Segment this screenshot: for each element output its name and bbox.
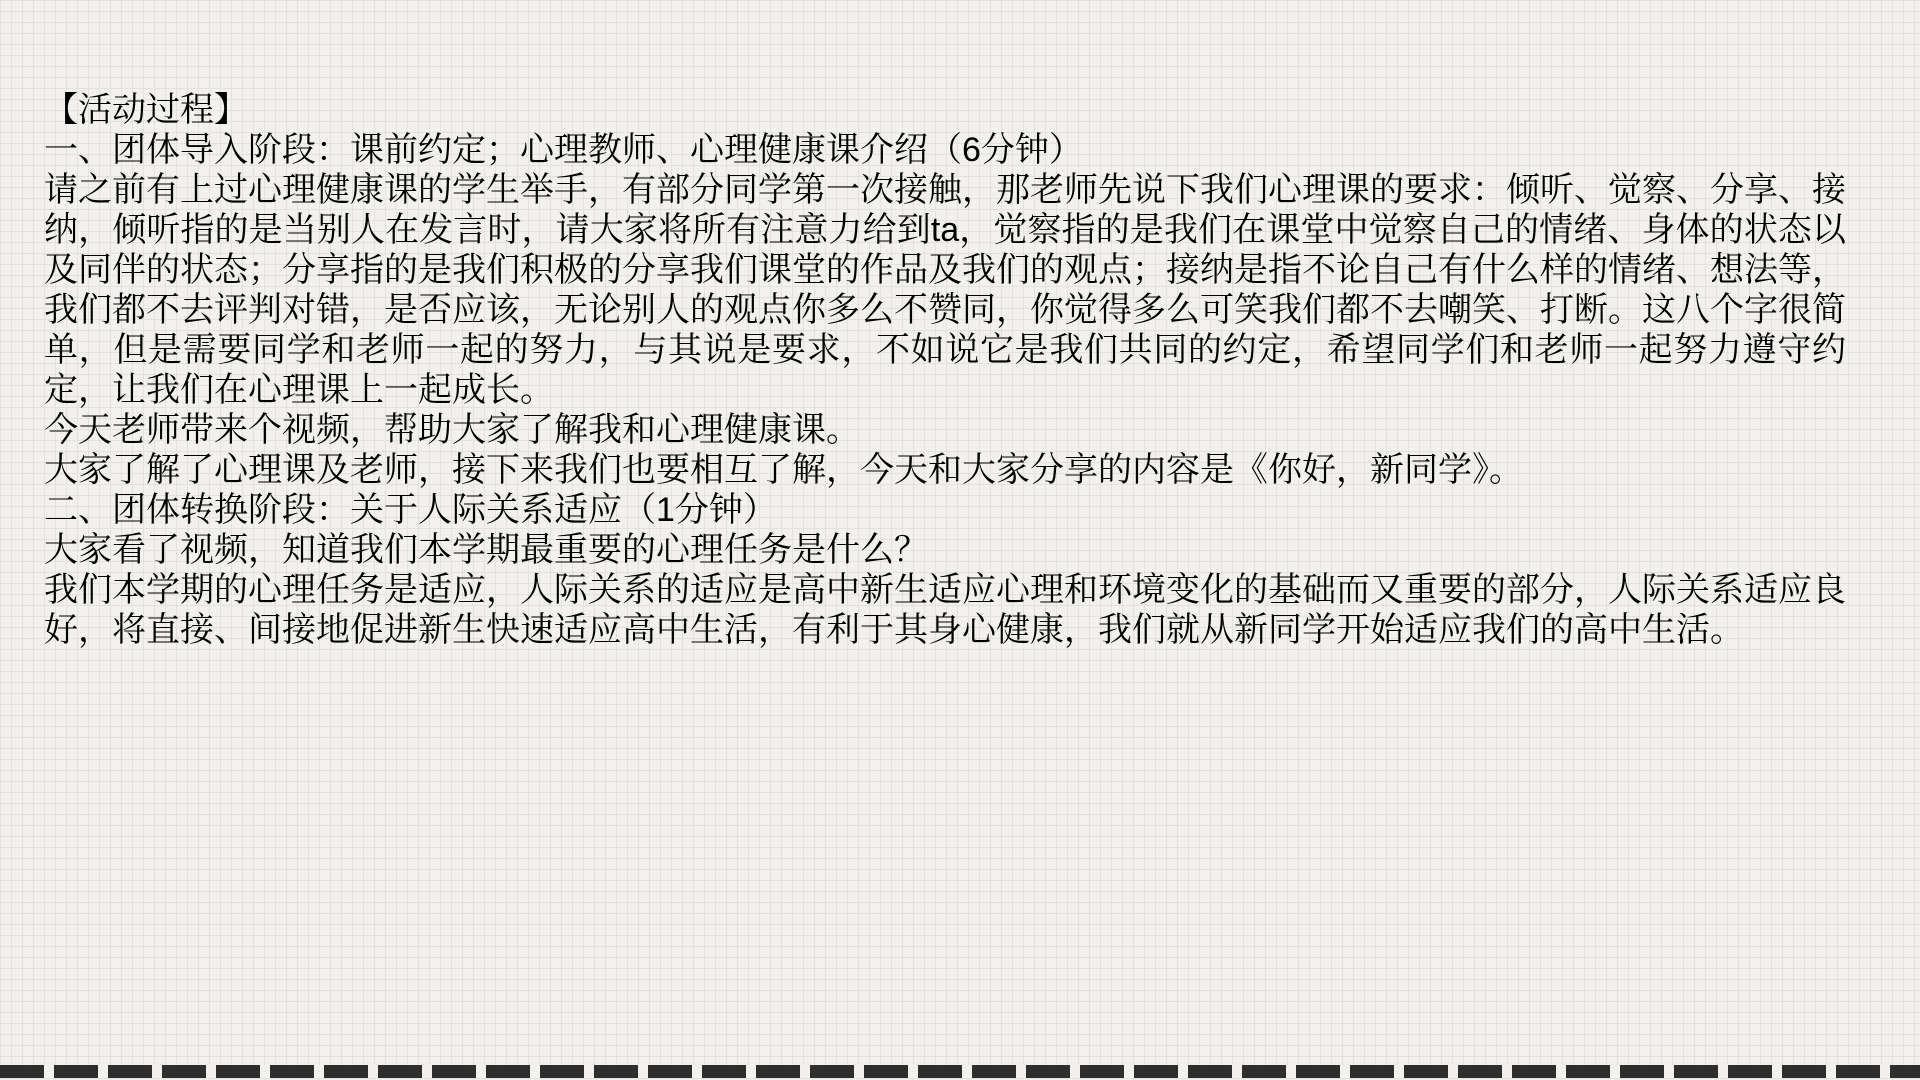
video-intro-line: 今天老师带来个视频，帮助大家了解我和心理健康课。: [44, 410, 1846, 450]
sharing-topic-line: 大家了解了心理课及老师，接下来我们也要相互了解，今天和大家分享的内容是《你好，新…: [44, 450, 1846, 490]
lesson-plan-page: 【活动过程】 一、团体导入阶段：课前约定；心理教师、心理健康课介绍（6分钟） 请…: [0, 0, 1920, 1080]
lesson-plan-text: 【活动过程】 一、团体导入阶段：课前约定；心理教师、心理健康课介绍（6分钟） 请…: [44, 90, 1846, 650]
stage-1-heading: 一、团体导入阶段：课前约定；心理教师、心理健康课介绍（6分钟）: [44, 130, 1846, 170]
section-header: 【活动过程】: [44, 90, 1846, 130]
stage-1-script: 请之前有上过心理健康课的学生举手，有部分同学第一次接触，那老师先说下我们心理课的…: [44, 170, 1846, 410]
page-bottom-dashed-edge: [0, 1065, 1920, 1078]
stage-2-heading: 二、团体转换阶段：关于人际关系适应（1分钟）: [44, 490, 1846, 530]
stage-2-script: 我们本学期的心理任务是适应，人际关系的适应是高中新生适应心理和环境变化的基础而又…: [44, 570, 1846, 650]
stage-2-question: 大家看了视频，知道我们本学期最重要的心理任务是什么？: [44, 530, 1846, 570]
